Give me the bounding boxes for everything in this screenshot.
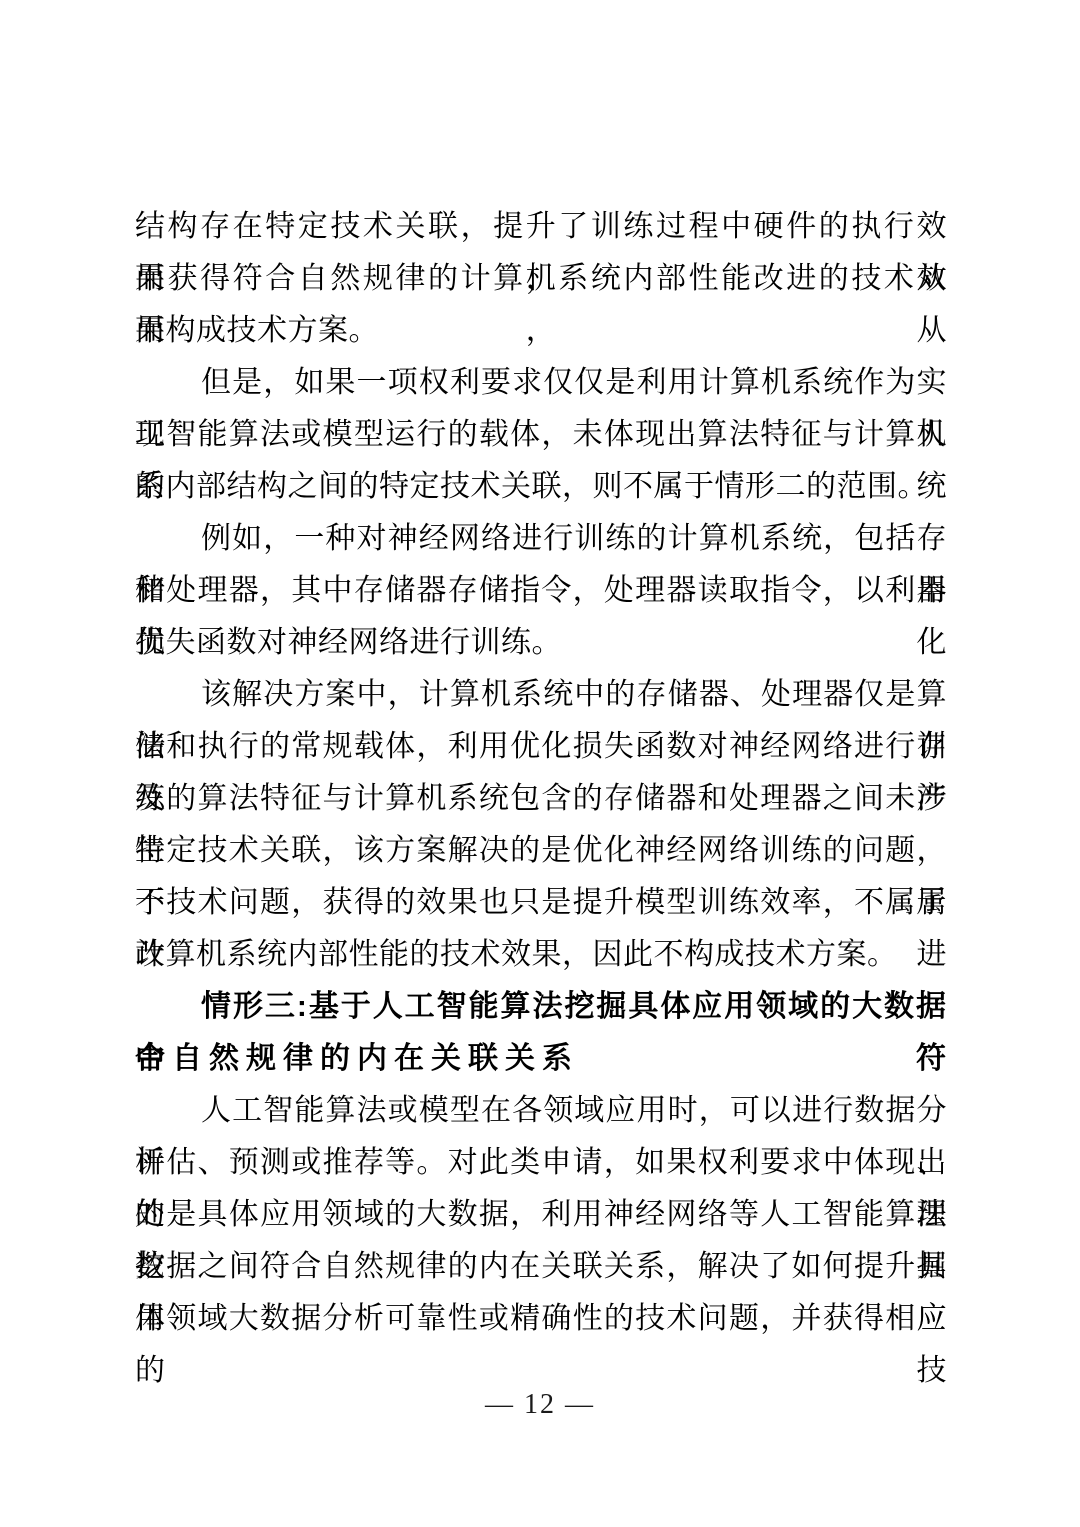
text-line: 例如，一种对神经网络进行训练的计算机系统，包括存储器	[135, 513, 947, 565]
page-number: — 12 —	[0, 1388, 1080, 1422]
text-line: 但是，如果一项权利要求仅仅是利用计算机系统作为实现人	[135, 357, 947, 409]
text-line: 数据之间符合自然规律的内在关联关系，解决了如何提升具体应	[135, 1241, 947, 1293]
text-line: 工智能算法或模型运行的载体，未体现出算法特征与计算机系统	[135, 409, 947, 461]
heading-line: 情形三:基于人工智能算法挖掘具体应用领域的大数据中符	[135, 981, 947, 1033]
text-line: 结构存在特定技术关联，提升了训练过程中硬件的执行效果，从	[135, 201, 947, 253]
text-line: 的内部结构之间的特定技术关联，则不属于情形二的范围。	[135, 461, 947, 513]
text-line: 的是具体应用领域的大数据，利用神经网络等人工智能算法挖掘	[135, 1189, 947, 1241]
text-line: 于技术问题，获得的效果也只是提升模型训练效率，不属于改进	[135, 877, 947, 929]
text-line: 该解决方案中，计算机系统中的存储器、处理器仅是算法存	[135, 669, 947, 721]
text-block: 结构存在特定技术关联，提升了训练过程中硬件的执行效果，从而获得符合自然规律的计算…	[135, 201, 947, 1345]
text-line: 计算机系统内部性能的技术效果，因此不构成技术方案。	[135, 929, 947, 981]
text-line: 评估、预测或推荐等。对此类申请，如果权利要求中体现出处理	[135, 1137, 947, 1189]
text-line: 而获得符合自然规律的计算机系统内部性能改进的技术效果，从	[135, 253, 947, 305]
text-line: 储和执行的常规载体，利用优化损失函数对神经网络进行训练涉	[135, 721, 947, 773]
text-line: 人工智能算法或模型在各领域应用时，可以进行数据分析、	[135, 1085, 947, 1137]
document-page: 结构存在特定技术关联，提升了训练过程中硬件的执行效果，从而获得符合自然规律的计算…	[0, 0, 1080, 1527]
text-line: 特定技术关联，该方案解决的是优化神经网络训练的问题，不属	[135, 825, 947, 877]
text-line: 和处理器，其中存储器存储指令，处理器读取指令，以利用优化	[135, 565, 947, 617]
text-line: 及的算法特征与计算机系统包含的存储器和处理器之间未产生	[135, 773, 947, 825]
text-line: 用领域大数据分析可靠性或精确性的技术问题，并获得相应的技	[135, 1293, 947, 1345]
